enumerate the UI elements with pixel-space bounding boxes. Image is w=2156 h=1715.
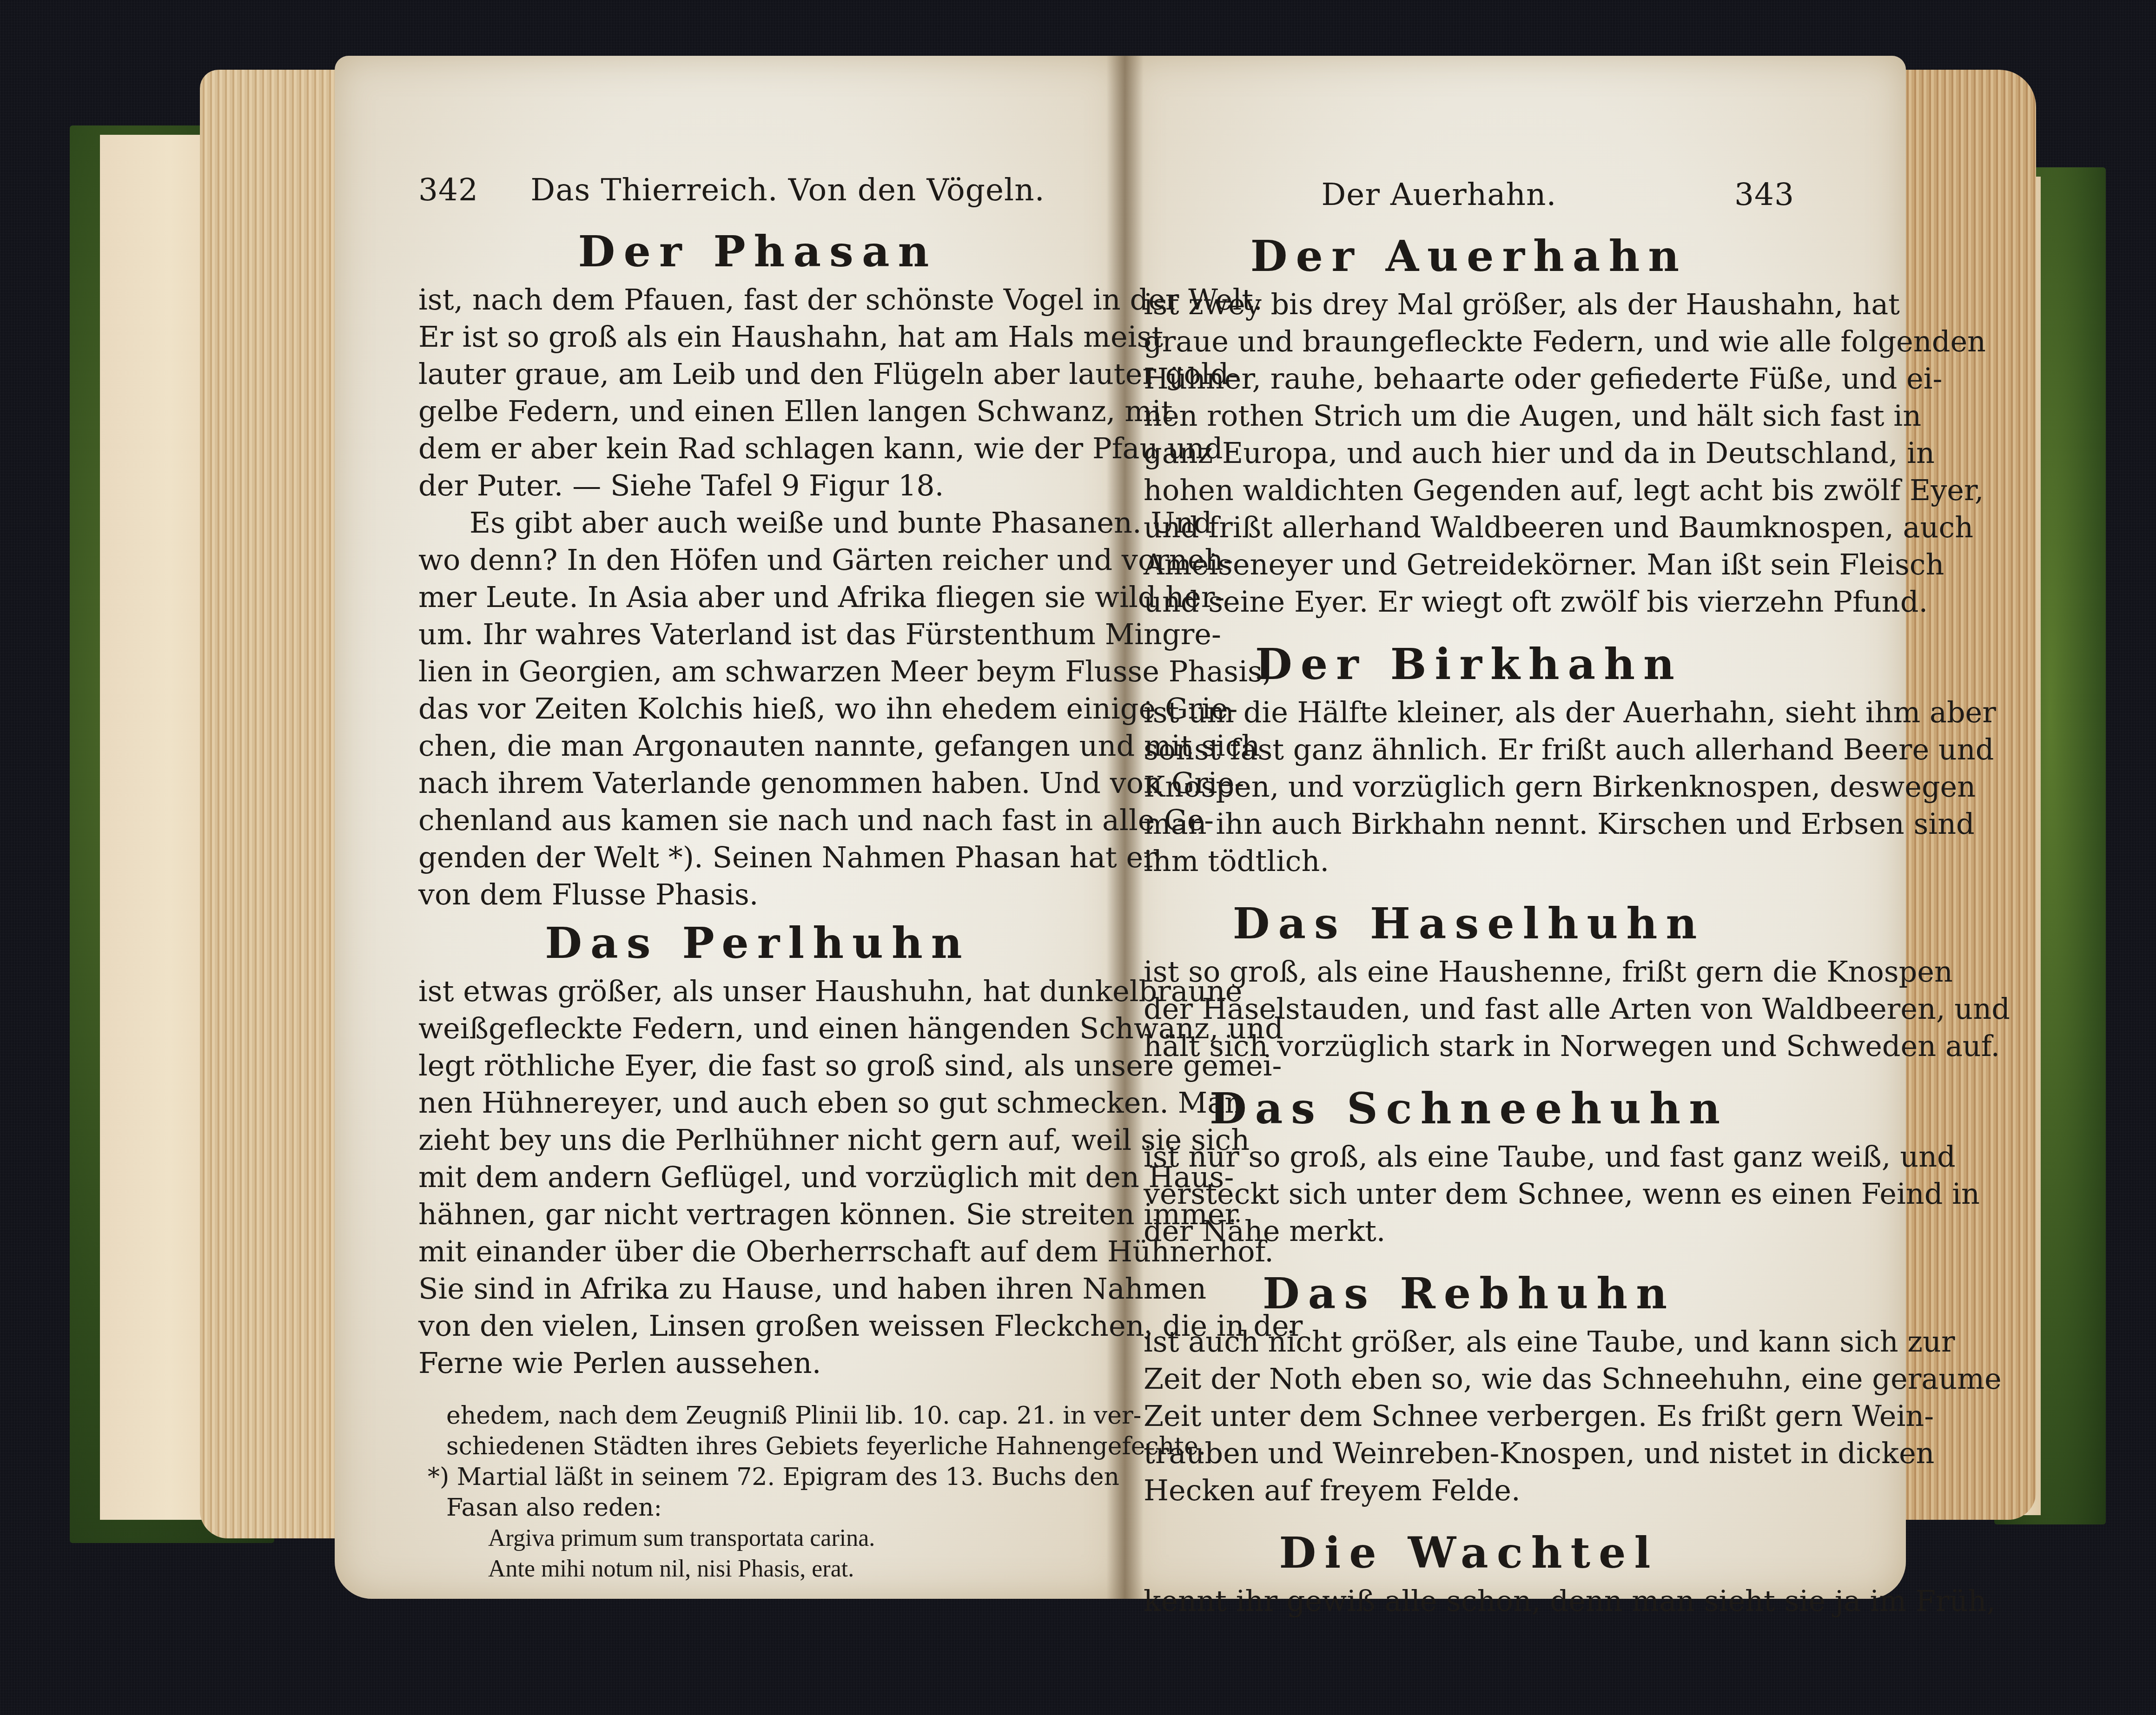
text-line: nen Hühnereyer, und auch eben so gut sch… <box>418 1084 1097 1121</box>
section-heading-auerhahn: Der Auerhahn <box>1144 231 1794 281</box>
footnote-line: schiedenen Städten ihres Gebiets feyerli… <box>446 1431 1097 1462</box>
left-running-head: 342 Das Thierreich. Von den Vögeln. <box>418 172 1097 208</box>
text-line: von den vielen, Linsen großen weissen Fl… <box>418 1307 1097 1345</box>
latin-verse-line: Argiva primum sum transportata carina. <box>446 1523 1097 1554</box>
text-line: gelbe Federn, und einen Ellen langen Sch… <box>418 393 1097 430</box>
section-heading-rebhuhn: Das Rebhuhn <box>1144 1268 1794 1319</box>
right-page-number: 343 <box>1734 177 1794 212</box>
paragraph-birkhahn: ist um die Hälfte kleiner, als der Auerh… <box>1144 694 1794 880</box>
text-line: legt röthliche Eyer, die fast so groß si… <box>418 1047 1097 1084</box>
text-line: Zeit unter dem Schnee verbergen. Es friß… <box>1144 1398 1794 1435</box>
text-line: lauter graue, am Leib und den Flügeln ab… <box>418 356 1097 393</box>
text-line: chen, die man Argonauten nannte, gefange… <box>418 727 1097 765</box>
text-line: der Haselstauden, und fast alle Arten vo… <box>1144 990 1794 1028</box>
text-line: ihm tödtlich. <box>1144 843 1794 880</box>
footnote-line: ehedem, nach dem Zeugniß Plinii lib. 10.… <box>446 1400 1097 1431</box>
text-line: ist so groß, als eine Haushenne, frißt g… <box>1144 953 1794 990</box>
section-heading-phasan: Der Phasan <box>418 226 1097 277</box>
text-line: das vor Zeiten Kolchis hieß, wo ihn ehed… <box>418 690 1097 727</box>
text-line: hähnen, gar nicht vertragen können. Sie … <box>418 1196 1097 1233</box>
text-line: mit dem andern Geflügel, und vorzüglich … <box>418 1159 1097 1196</box>
text-line: hält sich vorzüglich stark in Norwegen u… <box>1144 1028 1794 1065</box>
text-line: Knospen, und vorzüglich gern Birkenknosp… <box>1144 768 1794 805</box>
paragraph-phasan-2: Es gibt aber auch weiße und bunte Phasan… <box>418 504 1097 913</box>
paragraph-phasan-1: ist, nach dem Pfauen, fast der schönste … <box>418 281 1097 504</box>
left-page-number: 342 <box>418 172 478 208</box>
text-line: ist etwas größer, als unser Haushuhn, ha… <box>418 973 1097 1010</box>
left-running-title: Das Thierreich. Von den Vögeln. <box>478 172 1097 208</box>
text-line: ist nur so groß, als eine Taube, und fas… <box>1144 1138 1794 1175</box>
footnote: ehedem, nach dem Zeugniß Plinii lib. 10.… <box>418 1400 1097 1584</box>
paragraph-schneehuhn: ist nur so groß, als eine Taube, und fas… <box>1144 1138 1794 1250</box>
footnote-line: *) Martial läßt in seinem 72. Epigram de… <box>428 1462 1097 1492</box>
text-line: ist zwey bis drey Mal größer, als der Ha… <box>1144 286 1794 323</box>
text-line: wo denn? In den Höfen und Gärten reicher… <box>418 541 1097 579</box>
right-running-head: Der Auerhahn. 343 <box>1144 177 1794 212</box>
text-line: weißgefleckte Federn, und einen hängende… <box>418 1010 1097 1047</box>
section-heading-wachtel: Die Wachtel <box>1144 1528 1794 1578</box>
text-line: man ihn auch Birkhahn nennt. Kirschen un… <box>1144 805 1794 843</box>
text-line: kennt ihr gewiß alle schon, denn man sie… <box>1144 1583 1794 1620</box>
text-line: Hühner, rauhe, behaarte oder gefiederte … <box>1144 360 1794 397</box>
text-line: ist, nach dem Pfauen, fast der schönste … <box>418 281 1097 318</box>
page-edges-left <box>200 70 353 1538</box>
text-line: Es gibt aber auch weiße und bunte Phasan… <box>418 504 1097 541</box>
paragraph-auerhahn: ist zwey bis drey Mal größer, als der Ha… <box>1144 286 1794 620</box>
text-line: ganz Europa, und auch hier und da in Deu… <box>1144 435 1794 472</box>
text-line: lien in Georgien, am schwarzen Meer beym… <box>418 653 1097 690</box>
text-line: Ameiseneyer und Getreidekörner. Man ißt … <box>1144 546 1794 583</box>
text-line: Zeit der Noth eben so, wie das Schneehuh… <box>1144 1360 1794 1398</box>
text-line: und seine Eyer. Er wiegt oft zwölf bis v… <box>1144 583 1794 620</box>
paragraph-wachtel: kennt ihr gewiß alle schon, denn man sie… <box>1144 1583 1794 1620</box>
text-line: um. Ihr wahres Vaterland ist das Fürsten… <box>418 616 1097 653</box>
text-line: genden der Welt *). Seinen Nahmen Phasan… <box>418 839 1097 876</box>
text-line: hohen waldichten Gegenden auf, legt acht… <box>1144 472 1794 509</box>
section-heading-perlhuhn: Das Perlhuhn <box>418 918 1097 968</box>
text-line: graue und braungefleckte Federn, und wie… <box>1144 323 1794 360</box>
text-line: Sie sind in Afrika zu Hause, und haben i… <box>418 1270 1097 1307</box>
text-line: ist auch nicht größer, als eine Taube, u… <box>1144 1323 1794 1360</box>
paragraph-perlhuhn: ist etwas größer, als unser Haushuhn, ha… <box>418 973 1097 1382</box>
text-line: trauben und Weinreben-Knospen, und niste… <box>1144 1435 1794 1472</box>
section-heading-birkhahn: Der Birkhahn <box>1144 639 1794 689</box>
text-line: Hecken auf freyem Felde. <box>1144 1472 1794 1509</box>
text-line: versteckt sich unter dem Schnee, wenn es… <box>1144 1175 1794 1213</box>
text-line: dem er aber kein Rad schlagen kann, wie … <box>418 430 1097 467</box>
text-line: nach ihrem Vaterlande genommen haben. Un… <box>418 765 1097 802</box>
text-line: sonst fast ganz ähnlich. Er frißt auch a… <box>1144 731 1794 768</box>
latin-verse-line: Ante mihi notum nil, nisi Phasis, erat. <box>446 1554 1097 1584</box>
text-line: mit einander über die Oberherrschaft auf… <box>418 1233 1097 1270</box>
paragraph-rebhuhn: ist auch nicht größer, als eine Taube, u… <box>1144 1323 1794 1509</box>
text-line: ist um die Hälfte kleiner, als der Auerh… <box>1144 694 1794 731</box>
text-line: der Puter. — Siehe Tafel 9 Figur 18. <box>418 467 1097 504</box>
text-line: chenland aus kamen sie nach und nach fas… <box>418 802 1097 839</box>
text-line: von dem Flusse Phasis. <box>418 876 1097 913</box>
text-line: mer Leute. In Asia aber und Afrika flieg… <box>418 579 1097 616</box>
right-running-title: Der Auerhahn. <box>1144 177 1734 212</box>
text-line: Ferne wie Perlen aussehen. <box>418 1345 1097 1382</box>
text-line: nen rothen Strich um die Augen, und hält… <box>1144 397 1794 435</box>
section-heading-schneehuhn: Das Schneehuhn <box>1144 1083 1794 1134</box>
right-page-text: Der Auerhahn. 343 Der Auerhahn ist zwey … <box>1144 177 1794 1620</box>
section-heading-haselhuhn: Das Haselhuhn <box>1144 898 1794 949</box>
text-line: der Nähe merkt. <box>1144 1213 1794 1250</box>
left-page-text: 342 Das Thierreich. Von den Vögeln. Der … <box>418 172 1097 1584</box>
footnote-line: Fasan also reden: <box>446 1492 1097 1523</box>
text-line: zieht bey uns die Perlhühner nicht gern … <box>418 1121 1097 1159</box>
text-line: Er ist so groß als ein Haushahn, hat am … <box>418 318 1097 356</box>
paragraph-haselhuhn: ist so groß, als eine Haushenne, frißt g… <box>1144 953 1794 1065</box>
text-line: und frißt allerhand Waldbeeren und Baumk… <box>1144 509 1794 546</box>
